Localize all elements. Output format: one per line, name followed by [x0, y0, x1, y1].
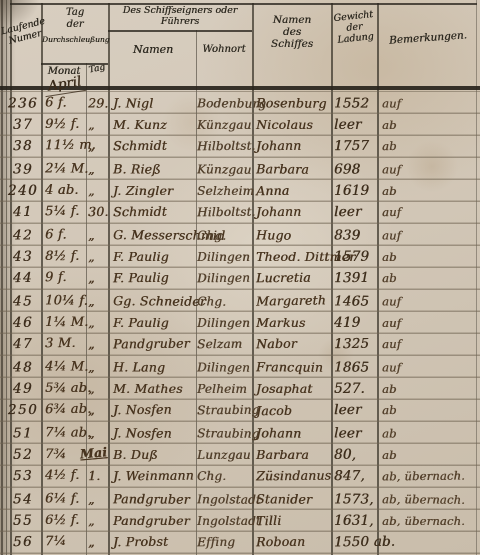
cell-owner-name: F. Paulig [113, 312, 169, 334]
cell-owner-name: J. Zingler [113, 180, 173, 202]
cell-running-number: 38 [6, 135, 40, 157]
ledger-row: 45 10¼ f. „ Gg. Schneider Chg. Margareth… [0, 290, 480, 312]
cell-owner-name: J. Nigl [113, 92, 153, 114]
cell-cargo-weight: 80, [334, 444, 356, 466]
cell-running-number: 53 [6, 465, 40, 487]
cell-remark: ab [382, 267, 397, 289]
cell-ship-name: Stanider [256, 488, 312, 510]
cell-residence: Effing [197, 531, 235, 553]
cell-owner-name: J. Nosfen [113, 422, 172, 444]
cell-owner-name: Gg. Schneider [113, 290, 206, 313]
ledger-row: 240 4 ab. „ J. Zingler Selzheim Anna 161… [0, 180, 480, 202]
ledger-row: 49 5¾ ab. „ M. Mathes Pelheim Josaphat 5… [0, 378, 480, 400]
cell-ship-name: Lucretia [256, 267, 311, 290]
cell-cargo-weight: 839 [334, 224, 361, 246]
cell-cargo-weight: 1550 ab. [334, 531, 395, 554]
cell-residence: Chg. [197, 465, 226, 487]
ledger-row: 55 6½ f. „ Pandgruber Ingolstadt Tilli 1… [0, 510, 480, 532]
cell-ship-name: Züsindanus [256, 465, 331, 488]
cell-running-number: 52 [6, 444, 40, 466]
cell-running-number: 37 [6, 114, 40, 136]
cell-time: 11½ m. [45, 135, 85, 157]
cell-cargo-weight: leer [334, 114, 362, 136]
cell-time: 4¼ M. [45, 356, 85, 378]
cell-time: 6½ f. [45, 510, 85, 532]
cell-ship-name: Anna [256, 180, 290, 203]
cell-day: „ [88, 531, 108, 553]
cell-remark: ab [382, 114, 397, 136]
cell-time: 6 f. [45, 224, 85, 246]
cell-owner-name: F. Paulig [113, 246, 169, 268]
cell-day: „ [88, 488, 108, 510]
ledger-row: 41 5¼ f. 30. Schmidt Hilboltst. Johann l… [0, 202, 480, 224]
cell-day: „ [88, 356, 108, 378]
cell-remark: ab, übernach. [382, 510, 465, 532]
ledger-row: 236 6 f. 29. J. Nigl Bodenburg Rosenburg… [0, 92, 480, 114]
cell-remark: ab [382, 135, 397, 157]
cell-owner-name: B. Duß [113, 444, 158, 466]
cell-time: 9 f. [45, 267, 85, 289]
header-line: der [42, 19, 108, 31]
cell-remark: ab [382, 422, 397, 444]
cell-day: „ [88, 224, 108, 246]
cell-running-number: 47 [6, 333, 40, 355]
ledger-row: 39 2¼ M. „ B. Rieß Künzgau Barbara 698 a… [0, 158, 480, 180]
cell-residence: Pelheim [197, 378, 247, 400]
cell-cargo-weight: 1325 [334, 333, 369, 355]
cell-day: 30. [88, 201, 108, 223]
cell-residence: Straubing [197, 422, 260, 444]
cell-ship-name: Roboan [256, 531, 305, 554]
cell-residence: Dilingen [197, 356, 250, 378]
cell-cargo-weight: leer [334, 399, 362, 421]
cell-ship-name: Margareth [256, 289, 326, 312]
ledger-row: 250 6¾ ab. „ J. Nosfen Straubing Jacob l… [0, 400, 480, 422]
ledger-row: 43 8½ f. „ F. Paulig Dilingen Theod. Dit… [0, 246, 480, 268]
cell-residence: Hilboltst. [197, 201, 256, 224]
cell-running-number: 48 [6, 356, 40, 378]
cell-remark: ab, übernach. [382, 465, 465, 488]
cell-ship-name: Johann [256, 135, 302, 157]
ledger-row: 44 9 f. „ F. Paulig Dilingen Lucretia 13… [0, 268, 480, 290]
header-line: Schiffes [255, 38, 329, 50]
cell-owner-name: M. Mathes [113, 378, 183, 400]
column-header-residence: Wohnort [197, 44, 251, 56]
cell-residence: Chg. [197, 290, 226, 312]
cell-ship-name: Tilli [256, 510, 282, 532]
ledger-row: 53 4½ f. 1. J. Weinmann Chg. Züsindanus … [0, 466, 480, 488]
cell-remark: auf [382, 92, 401, 114]
cell-residence: Lunzgau [197, 444, 251, 466]
cell-running-number: 236 [6, 92, 40, 114]
cell-ship-name: Francquin [256, 356, 323, 378]
cell-residence: Chg. [197, 224, 226, 246]
cell-remark: ab [382, 399, 397, 421]
cell-cargo-weight: 1391 [334, 267, 369, 289]
cell-running-number: 46 [6, 312, 40, 334]
cell-residence: Ingolstadt [197, 510, 261, 532]
cell-day: „ [88, 246, 108, 268]
cell-time: 2¼ M. [45, 158, 85, 180]
cell-cargo-weight: 1573, [334, 488, 374, 510]
ledger-row: 42 6 f. „ G. Messerschmid Chg. Hugo 839 … [0, 224, 480, 246]
cell-day: „ [88, 158, 108, 180]
cell-time: 4 ab. [45, 180, 85, 202]
column-header-owner-group: Des Schiffseigners oder Führers [110, 6, 250, 28]
cell-day: „ [88, 333, 108, 355]
cell-owner-name: Schmidt [113, 135, 167, 158]
cell-time: 9½ f. [45, 114, 85, 136]
cell-remark: auf [382, 290, 401, 312]
cell-residence: Dilingen [197, 267, 250, 290]
cell-residence: Dilingen [197, 312, 250, 334]
cell-running-number: 42 [6, 224, 40, 246]
cell-cargo-weight: 419 [334, 312, 360, 334]
cell-cargo-weight: 698 [334, 158, 361, 180]
cell-time: 4½ f. [45, 465, 85, 487]
cell-day: 29. [88, 92, 108, 114]
cell-running-number: 240 [6, 180, 40, 202]
cell-cargo-weight: leer [334, 201, 362, 223]
column-header-owner-name: Namen [112, 44, 194, 57]
header-rule [10, 3, 477, 5]
cell-residence: Selzheim [197, 180, 254, 202]
cell-remark: ab, übernach. [382, 488, 465, 511]
cell-ship-name: Nicolaus [256, 114, 313, 136]
cell-day: „ [88, 290, 108, 312]
cell-running-number: 55 [6, 510, 40, 532]
cell-ship-name: Josaphat [256, 378, 313, 400]
ledger-row: 48 4¼ M. „ H. Lang Dilingen Francquin 18… [0, 356, 480, 378]
column-header-remarks: Bemerkungen. [380, 29, 477, 48]
cell-ship-name: Jacob [256, 400, 292, 423]
cell-ship-name: Hugo [256, 224, 291, 246]
cell-ship-name: Markus [256, 312, 305, 334]
column-header-passage-day: Tag der Durchschleußung [42, 7, 108, 45]
cell-time: 7¼ ab. [45, 422, 85, 444]
cell-cargo-weight: leer [334, 422, 362, 444]
cell-remark: ab [382, 378, 397, 400]
cell-cargo-weight: 1579 [334, 246, 369, 268]
cell-day: „ [88, 399, 108, 421]
cell-residence: Hilboltst. [197, 135, 256, 158]
cell-time: 1¼ M. [45, 312, 85, 334]
cell-remark: ab [382, 180, 397, 202]
cell-time: 5¼ f. [45, 201, 85, 223]
ledger-page: Laufende Numer Tag der Durchschleußung M… [0, 0, 480, 555]
cell-remark: auf [382, 356, 401, 378]
cell-running-number: 54 [6, 488, 40, 510]
cell-ship-name: Barbara [256, 444, 309, 466]
header-line: des [255, 26, 329, 38]
cell-time: 10¼ f. [45, 290, 85, 312]
header-rule [108, 30, 252, 32]
cell-running-number: 45 [6, 290, 40, 312]
cell-day: „ [88, 378, 108, 400]
cell-cargo-weight: 527. [334, 378, 365, 400]
cell-owner-name: M. Kunz [113, 114, 167, 136]
cell-running-number: 39 [6, 158, 40, 180]
header-line: Tag [42, 7, 108, 19]
ledger-row: 52 7¾ Mai B. Duß Lunzgau Barbara 80, ab [0, 444, 480, 466]
cell-time: 3 M. [45, 333, 85, 355]
cell-residence: Dilingen [197, 246, 250, 268]
cell-owner-name: F. Paulig [113, 267, 169, 290]
cell-remark: auf [382, 333, 401, 355]
cell-cargo-weight: 1631, [334, 510, 374, 532]
cell-owner-name: H. Lang [113, 356, 165, 378]
cell-time: 6¼ f. [45, 488, 85, 510]
cell-owner-name: B. Rieß [113, 158, 161, 180]
cell-residence: Künzgau [197, 114, 251, 136]
ledger-row: 47 3 M. „ Pandgruber Selzam Nabor 1325 a… [0, 334, 480, 356]
cell-cargo-weight: 1552 [334, 92, 369, 114]
cell-cargo-weight: 1865 [334, 356, 369, 378]
cell-day: „ [88, 510, 108, 532]
cell-day: „ [88, 135, 108, 157]
cell-running-number: 56 [6, 531, 40, 553]
cell-residence: Ingolstadt [197, 488, 261, 510]
cell-owner-name: J. Weinmann [113, 465, 194, 488]
cell-remark: auf [382, 158, 401, 180]
cell-remark: auf [382, 224, 401, 246]
cell-cargo-weight: 1619 [334, 180, 369, 202]
cell-running-number: 250 [6, 399, 40, 421]
cell-ship-name: Rosenburg [256, 92, 327, 114]
cell-owner-name: Pandgruber [113, 333, 190, 356]
cell-owner-name: Pandgruber [113, 510, 190, 532]
cell-owner-name: Schmidt [113, 201, 167, 224]
cell-ship-name: Nabor [256, 333, 297, 355]
cell-day: „ [88, 114, 108, 136]
ledger-row: 46 1¼ M. „ F. Paulig Dilingen Markus 419… [0, 312, 480, 334]
cell-cargo-weight: 847, [334, 465, 365, 487]
cell-ship-name: Barbara [256, 158, 309, 180]
cell-residence: Selzam [197, 333, 242, 355]
cell-time: 5¾ ab. [45, 378, 85, 400]
cell-owner-name: J. Probst [113, 531, 168, 554]
cell-day: Mai [79, 442, 101, 466]
ledger-row: 54 6¼ f. „ Pandgruber Ingolstadt Stanide… [0, 488, 480, 510]
header-line: Namen [255, 14, 329, 26]
cell-running-number: 43 [6, 246, 40, 268]
table-body: 236 6 f. 29. J. Nigl Bodenburg Rosenburg… [0, 92, 480, 555]
cell-day: „ [88, 180, 108, 202]
cell-residence: Straubing [197, 399, 260, 422]
cell-time: 8½ f. [45, 246, 85, 268]
cell-owner-name: J. Nosfen [113, 399, 172, 422]
header-line: Ladung [334, 32, 378, 47]
cell-running-number: 41 [6, 201, 40, 223]
header-line: Führers [110, 17, 250, 28]
cell-remark: ab [382, 246, 397, 268]
column-header-cargo-weight: Gewicht der Ladung [331, 10, 377, 47]
cell-running-number: 49 [6, 378, 40, 400]
cell-day: 1. [88, 465, 108, 487]
cell-owner-name: Pandgruber [113, 488, 190, 511]
cell-ship-name: Johann [256, 201, 302, 223]
cell-cargo-weight: 1757 [334, 135, 369, 157]
cell-ship-name: Johann [256, 422, 301, 444]
ledger-row: 56 7¼ „ J. Probst Effing Roboan 1550 ab. [0, 532, 480, 554]
cell-remark: auf [382, 201, 401, 223]
cell-remark: auf [382, 312, 401, 334]
column-header-ship-name: Namen des Schiffes [255, 14, 329, 50]
ledger-row: 38 11½ m. „ Schmidt Hilboltst. Johann 17… [0, 136, 480, 158]
cell-time: 7¼ [45, 531, 85, 553]
cell-time: 6 f. [45, 92, 85, 114]
cell-running-number: 44 [6, 267, 40, 289]
cell-remark: ab [382, 444, 397, 466]
cell-cargo-weight: 1465 [334, 290, 369, 312]
cell-residence: Künzgau [197, 158, 252, 180]
cell-running-number: 51 [6, 422, 40, 444]
cell-day: „ [88, 267, 108, 289]
ledger-row: 37 9½ f. „ M. Kunz Künzgau Nicolaus leer… [0, 114, 480, 136]
cell-day: „ [88, 312, 108, 334]
header-line: Durchschleußung [42, 36, 108, 45]
ledger-row: 51 7¼ ab. „ J. Nosfen Straubing Johann l… [0, 422, 480, 444]
cell-time: 6¾ ab. [45, 399, 85, 421]
